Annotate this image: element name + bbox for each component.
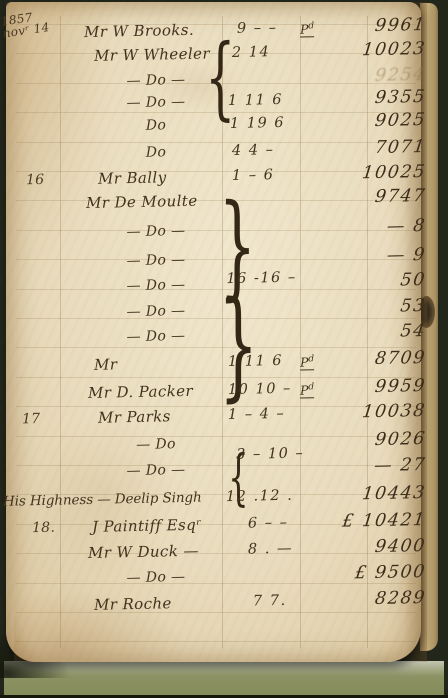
- ditto-mark: — Do —: [96, 322, 217, 351]
- name-cell: Mr D. Packer: [88, 378, 194, 406]
- amount-cell: 4 4 –: [232, 137, 275, 164]
- folio-number: 9747: [336, 183, 427, 211]
- name-cell: Mr: [94, 351, 118, 377]
- date-cell: 16: [26, 167, 45, 193]
- paid-mark: Pd: [300, 16, 315, 37]
- amount-cell: 1 – 4 –: [228, 401, 286, 428]
- ditto-mark: Do: [96, 138, 217, 167]
- amount-cell: 1 11 6: [228, 348, 284, 375]
- date-cell: 18.: [32, 515, 56, 541]
- amount-cell: 9 – –: [237, 15, 278, 42]
- folio-number: 9400: [336, 533, 427, 561]
- ditto-mark: — Do —: [96, 456, 217, 485]
- folio-number: 10038: [336, 398, 427, 426]
- name-cell: His Highness — Deelip Singh: [3, 485, 202, 515]
- amount-cell: 8 . —: [248, 536, 294, 563]
- folio-number: 10443: [336, 480, 427, 508]
- folio-number: 10023: [336, 36, 427, 64]
- ditto-mark: — Do: [96, 430, 217, 459]
- amount-cell: 12 .12 .: [226, 483, 294, 510]
- paid-mark: Pd: [300, 349, 315, 370]
- folio-number: — 8: [336, 213, 427, 241]
- folio-number: 9959: [336, 373, 427, 401]
- name-cell: Mr Roche: [94, 590, 172, 618]
- folio-number: £ 10421: [336, 507, 427, 535]
- folio-number: 8709: [336, 345, 427, 373]
- name-cell: Mr De Moulte: [86, 188, 198, 216]
- folio-number: 8289: [336, 585, 427, 613]
- name-cell: Mr W Wheeler: [94, 40, 210, 68]
- name-cell: Mr W Duck —: [88, 538, 199, 566]
- ditto-mark: Do: [96, 111, 217, 140]
- date-cell: 17: [22, 406, 41, 432]
- amount-cell: 1 19 6: [230, 110, 286, 137]
- folio-number: £ 9500: [336, 559, 427, 587]
- handwriting-layer: 1857 novʳ 14Mr W Brooks.9 – –Pd9961Mr W …: [0, 0, 448, 698]
- name-cell: J Paintiff Esqʳ: [92, 512, 202, 540]
- ditto-mark: — Do —: [96, 297, 217, 326]
- paid-mark: Pd: [300, 377, 315, 398]
- ledger-scan: {}}{ 1857 novʳ 14Mr W Brooks.9 – –Pd9961…: [0, 0, 448, 698]
- folio-number: 50: [336, 267, 427, 295]
- amount-cell: 6 – –: [248, 510, 289, 537]
- date-cell: 1857 novʳ 14: [0, 9, 50, 41]
- amount-cell: 2 14: [232, 39, 271, 66]
- folio-number: 9025: [336, 107, 427, 135]
- folio-number: — 27: [336, 452, 427, 480]
- ditto-mark: — Do —: [96, 271, 217, 300]
- folio-number: 9026: [336, 426, 427, 454]
- name-cell: Mr Parks: [98, 403, 171, 431]
- folio-number: 7071: [336, 134, 427, 162]
- ditto-mark: — Do —: [96, 246, 217, 275]
- folio-number: 54: [336, 318, 427, 346]
- ditto-mark: — Do —: [96, 563, 217, 592]
- amount-cell: 1 – 6: [232, 162, 275, 189]
- folio-number: — 9: [336, 242, 427, 270]
- amount-cell: 7 7.: [253, 588, 287, 615]
- folio-number: 53: [336, 293, 427, 321]
- ditto-mark: — Do —: [96, 217, 217, 246]
- amount-cell: 10 10 –: [228, 376, 292, 403]
